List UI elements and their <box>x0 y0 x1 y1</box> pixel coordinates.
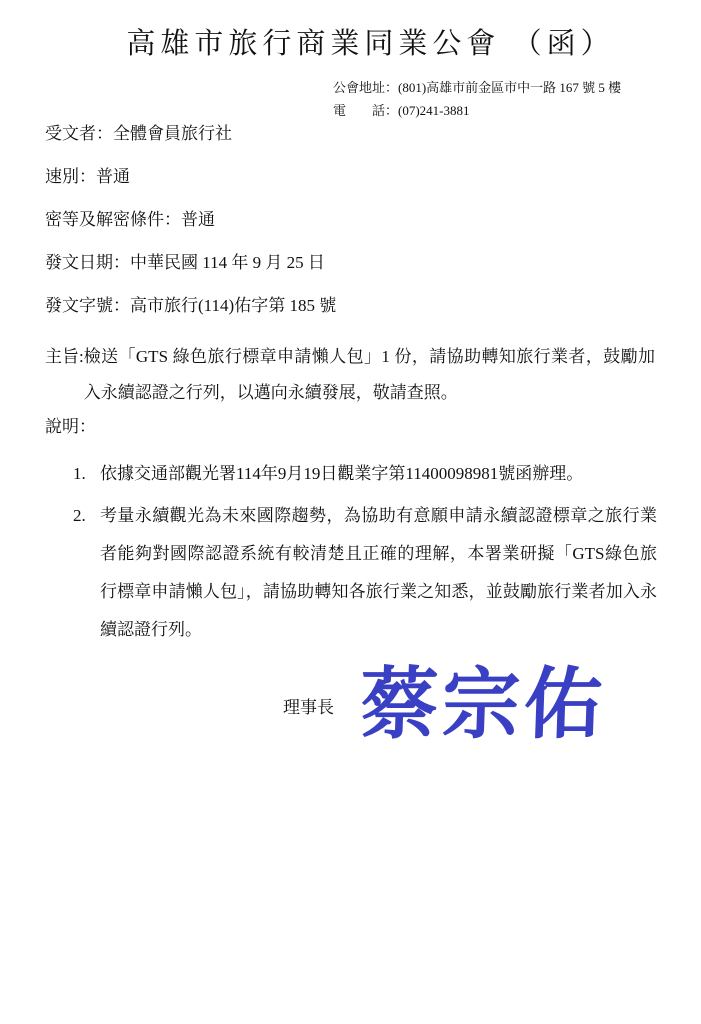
association-address: 公會地址：(801)高雄市前金區市中一路 167 號 5 樓 <box>333 76 701 99</box>
signature-row: 理事長 蔡宗佑 <box>283 657 701 753</box>
explanation-list: 1. 依據交通部觀光署114年9月19日觀業字第11400098981號函辦理。… <box>0 455 701 649</box>
subject-text: 檢送「GTS 綠色旅行標章申請懶人包」1 份，請協助轉知旅行業者，鼓勵加入永續認… <box>84 339 655 411</box>
explanation-label: 說明： <box>45 417 701 437</box>
subject-section: 主旨: 檢送「GTS 綠色旅行標章申請懶人包」1 份，請協助轉知旅行業者，鼓勵加… <box>45 339 655 411</box>
letter-title: 高雄市旅行商業同業公會 （函） <box>0 0 701 64</box>
explanation-item-text: 依據交通部觀光署114年9月19日觀業字第11400098981號函辦理。 <box>100 455 657 493</box>
explanation-item: 2. 考量永續觀光為未來國際趨勢，為協助有意願申請永續認證標章之旅行業者能夠對國… <box>73 497 657 649</box>
letter-fields: 受文者：全體會員旅行社 速別：普通 密等及解密條件：普通 發文日期：中華民國 1… <box>45 124 701 316</box>
explanation-item-number: 1. <box>73 455 100 493</box>
explanation-item: 1. 依據交通部觀光署114年9月19日觀業字第11400098981號函辦理。 <box>73 455 657 493</box>
chairman-title: 理事長 <box>283 693 334 718</box>
association-phone: 電 話：(07)241-3881 <box>333 99 701 122</box>
field-priority: 速別：普通 <box>45 167 701 187</box>
explanation-item-text: 考量永續觀光為未來國際趨勢，為協助有意願申請永續認證標章之旅行業者能夠對國際認證… <box>100 497 657 649</box>
field-security-class: 密等及解密條件：普通 <box>45 210 701 230</box>
official-letter-page: 高雄市旅行商業同業公會 （函） 公會地址：(801)高雄市前金區市中一路 167… <box>0 0 701 1024</box>
field-recipient: 受文者：全體會員旅行社 <box>45 124 701 144</box>
field-issue-date: 發文日期：中華民國 114 年 9 月 25 日 <box>45 253 701 273</box>
explanation-item-number: 2. <box>73 497 100 649</box>
field-reference-number: 發文字號：高市旅行(114)佑字第 185 號 <box>45 296 701 316</box>
contact-block: 公會地址：(801)高雄市前金區市中一路 167 號 5 樓 電 話：(07)2… <box>333 76 701 122</box>
subject-label: 主旨: <box>45 339 84 411</box>
chairman-signature: 蔡宗佑 <box>358 657 607 753</box>
